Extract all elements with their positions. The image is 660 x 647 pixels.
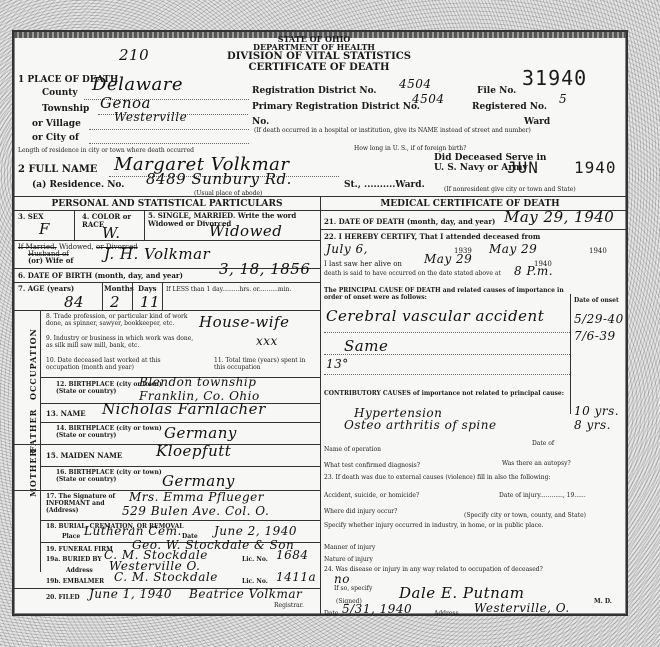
nonresident-note: (If nonresident give city or town and St… <box>444 186 576 193</box>
dob-label: 6. DATE OF BIRTH (month, day, and year) <box>18 272 183 280</box>
attended-to-value: May 29 <box>489 242 537 256</box>
mother-birthplace-label: 16. BIRTHPLACE (city or town) (State or … <box>56 469 166 483</box>
informant-value: Mrs. Emma Pflueger <box>129 490 264 504</box>
date-of-label: Date of <box>532 440 554 447</box>
father-side-label: FATHER <box>28 406 38 452</box>
physician-address-value: Westerville, O. <box>474 601 570 615</box>
funeral-firm-label: 19. FUNERAL FIRM <box>46 546 113 553</box>
related-onset-value: 7/6-39 <box>574 329 616 343</box>
embalmer-lic-label: Lic. No. <box>242 578 268 585</box>
ward-label: Ward <box>524 117 550 127</box>
spouse-value: J. H. Volkmar <box>104 245 210 263</box>
death-certificate: STATE OF OHIO DEPARTMENT OF HEALTH DIVIS… <box>12 30 628 616</box>
city-label: or City of <box>32 133 79 143</box>
contributory-label: CONTRIBUTORY CAUSES of importance not re… <box>324 390 564 397</box>
trade-label: 8. Trade profession, or particular kind … <box>46 313 196 327</box>
mother-birthplace-value: Germany <box>162 472 235 490</box>
personal-section-title: PERSONAL AND STATISTICAL PARTICULARS <box>14 199 320 209</box>
specify-city-label: (Specify city or town, county, and State… <box>464 512 586 519</box>
embalmer-label: 19b. EMBALMER <box>46 578 104 585</box>
division-title: DIVISION OF VITAL STATISTICS <box>214 52 424 62</box>
township-label: Township <box>42 104 89 114</box>
contributory-2-duration: 8 yrs. <box>574 418 611 432</box>
date-value: 5/31, 1940 <box>342 602 412 616</box>
days-label: Days <box>138 285 157 293</box>
burial-place-label: Place <box>62 533 80 540</box>
residence-label: (a) Residence. No. <box>32 180 124 190</box>
operation-label: Name of operation <box>324 446 381 453</box>
if-so-label: If so, specify <box>334 585 372 592</box>
county-value: Delaware <box>92 74 183 95</box>
mother-maiden-value: Kloepfutt <box>156 442 231 460</box>
burial-place-value: Lutheran Cem. <box>84 524 182 538</box>
specify-whether-label: Specify whether injury occurred in indus… <box>324 522 543 529</box>
date-of-onset-label: Date of onset <box>574 297 619 304</box>
date-label: Date <box>324 610 338 617</box>
father-birthplace-label: 14. BIRTHPLACE (city or town) (State or … <box>56 425 166 439</box>
mother-maiden-label: 15. MAIDEN NAME <box>46 452 122 460</box>
attended-to-year: 1940 <box>589 247 607 255</box>
related-cause-value: Same <box>344 337 388 355</box>
father-birthplace-value: Germany <box>164 424 237 442</box>
buried-lic-label: Lic. No. <box>242 556 268 563</box>
filed-label: 20. FILED <box>46 594 80 601</box>
index-number: 210 <box>119 46 149 64</box>
county-label: County <box>42 88 78 98</box>
hospital-note: (If death occurred in a hospital or inst… <box>254 127 624 134</box>
informant-label: 17. The Signature of INFORMANT and (Addr… <box>46 493 126 514</box>
length-residence-label: Length of residence in city or town wher… <box>18 147 194 154</box>
related-occ-value: no <box>334 572 350 586</box>
age-label: 7. AGE (years) <box>18 285 74 293</box>
test-label: What test confirmed diagnosis? <box>324 462 420 469</box>
occupation-side-label: OCCUPATION <box>28 314 38 400</box>
marital-value: Widowed <box>209 222 282 240</box>
industry-label: 9. Industry or business in which work wa… <box>46 335 196 349</box>
full-name-label: 2 FULL NAME <box>18 165 97 175</box>
contributory-2-value: Osteo arthritis of spine <box>344 418 497 432</box>
informant-address-value: 529 Bulen Ave. Col. O. <box>122 504 269 518</box>
less-than-label: If LESS than 1 day.........hrs. or......… <box>166 286 291 293</box>
birthplace-value: Blendon township Franklin, Co. Ohio <box>139 375 319 403</box>
date-of-death-label: 21. DATE OF DEATH (month, day, and year) <box>324 218 495 226</box>
embalmer-lic-value: 1411a <box>276 570 316 584</box>
father-name-label: 13. NAME <box>46 410 86 418</box>
burial-date-value: June 2, 1940 <box>214 524 297 538</box>
dob-value: 3, 18, 1856 <box>219 260 310 278</box>
age-months-value: 2 <box>110 293 120 311</box>
sex-value: F <box>39 220 50 238</box>
age-years-value: 84 <box>64 293 84 311</box>
physician-address-label: Address <box>434 610 459 617</box>
wife-of-label: (or) Wife of <box>28 257 73 265</box>
certify-label: 22. I HEREBY CERTIFY, That I attended de… <box>324 233 540 241</box>
md-label: M. D. <box>594 598 612 605</box>
received-stamp-year: 1940 <box>574 158 617 177</box>
principal-cause-value: Cerebral vascular accident <box>326 307 544 325</box>
primary-registration-label: Primary Registration District No. <box>252 102 420 112</box>
external-label: 23. If death was due to external causes … <box>324 474 624 481</box>
registrar-label: Registrar. <box>274 602 304 609</box>
buried-by-label: 19a. BURIED BY <box>46 556 102 563</box>
date-of-death-value: May 29, 1940 <box>504 208 614 226</box>
certificate-title: CERTIFICATE OF DEATH <box>234 63 404 73</box>
physician-signature: Dale E. Putnam <box>399 584 525 602</box>
related-occ-label: 24. Was disease or injury in any way rel… <box>324 566 543 573</box>
injury-date-label: Date of injury............, 19...... <box>499 492 586 499</box>
total-time-label: 11. Total time (years) spent in this occ… <box>214 357 314 371</box>
last-saw-value: May 29 <box>424 252 472 266</box>
months-label: Months <box>104 285 134 293</box>
death-time-value: 8 P.m. <box>514 264 553 278</box>
village-label: or Village <box>32 119 81 129</box>
where-injury-label: Where did injury occur? <box>324 508 397 515</box>
attended-from-value: July 6, <box>326 242 368 256</box>
accident-label: Accident, suicide, or homicide? <box>324 492 419 499</box>
foreign-birth-label: How long in U. S., if of foreign birth? <box>354 145 466 152</box>
principal-onset-value: 5/29-40 <box>574 312 624 326</box>
death-said-label: death is said to have occurred on the da… <box>324 270 544 277</box>
filed-value: June 1, 1940 <box>89 587 172 601</box>
file-no-label: File No. <box>477 86 516 96</box>
registered-no-label: Registered No. <box>472 102 547 112</box>
manner-label: Manner of injury <box>324 544 375 551</box>
date-last-worked-label: 10. Date deceased last worked at this oc… <box>46 357 186 371</box>
registration-district-label: Registration District No. <box>252 86 377 96</box>
embalmer-value: C. M. Stockdale <box>114 570 218 584</box>
trade-value: House-wife <box>199 313 289 331</box>
buried-lic-value: 1684 <box>276 548 309 562</box>
registrar-signature: Beatrice Volkmar <box>189 587 302 601</box>
received-stamp-month: JUN <box>507 158 539 177</box>
related-extra-value: 13° <box>326 357 349 371</box>
no-label: No. <box>252 117 269 127</box>
industry-value: xxx <box>256 334 278 348</box>
contributory-1-duration: 10 yrs. <box>574 404 619 418</box>
autopsy-label: Was there an autopsy? <box>502 460 571 467</box>
age-days-value: 11 <box>140 293 160 311</box>
residence-value: 8489 Sunbury Rd. <box>146 170 292 188</box>
nature-label: Nature of injury <box>324 556 373 563</box>
file-no-value: 31940 <box>522 66 587 90</box>
st-ward-label: St., ..........Ward. <box>344 180 425 190</box>
registered-no-value: 5 <box>559 92 567 106</box>
address-label: Address <box>66 567 93 574</box>
father-name-value: Nicholas Farnlacher <box>102 400 266 418</box>
primary-registration-value: 4504 <box>412 92 445 106</box>
village-value: Westerville <box>114 110 187 124</box>
cause-label: The PRINCIPAL CAUSE OF DEATH and related… <box>324 287 574 301</box>
last-saw-label: I last saw her alive on <box>324 260 402 268</box>
registration-district-value: 4504 <box>399 77 432 91</box>
